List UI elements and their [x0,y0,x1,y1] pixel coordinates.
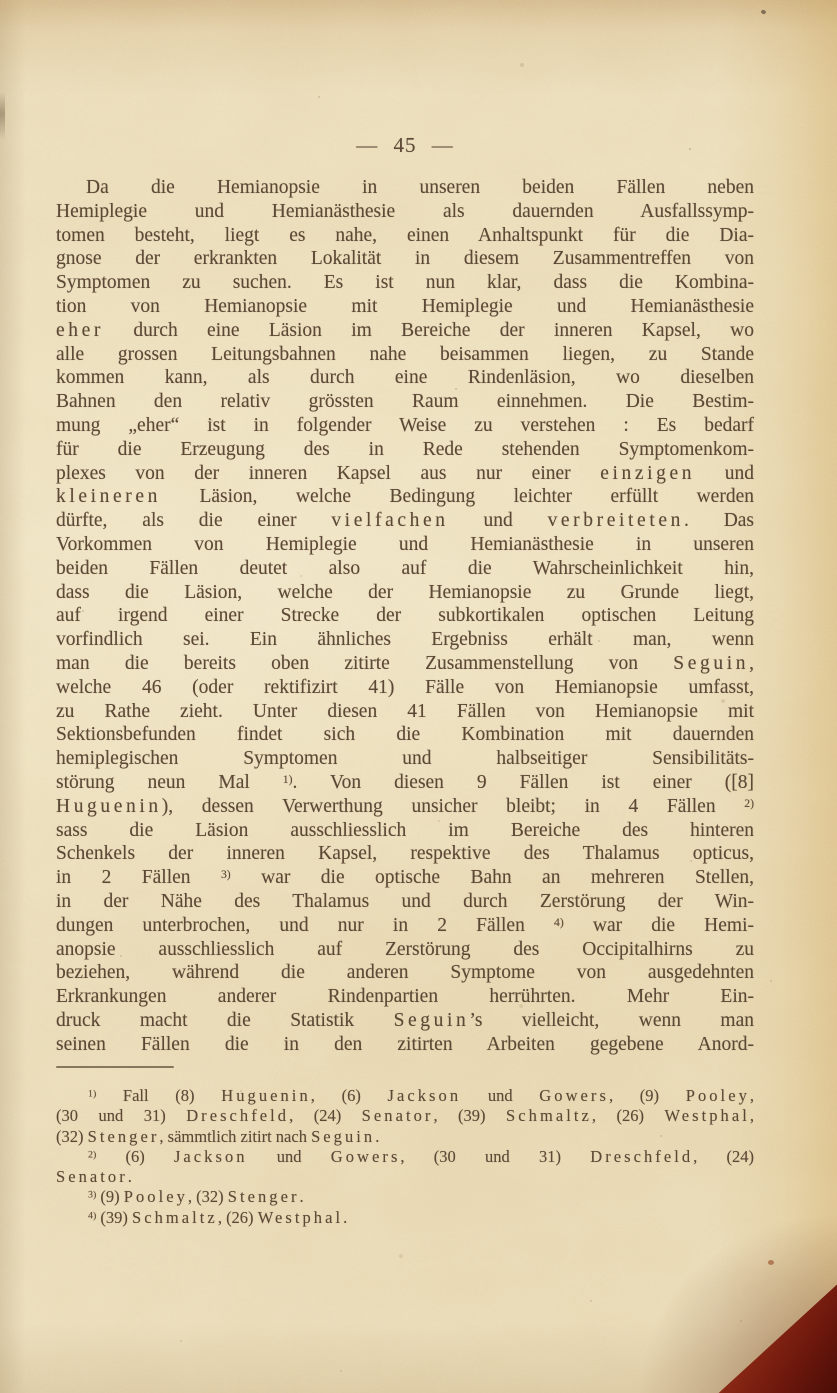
body-line: beiden Fällen deutet also auf die Wahrsc… [56,557,754,581]
body-line: Bahnen den relativ grössten Raum einnehm… [56,390,754,414]
torn-corner-red-backing [715,1275,837,1393]
footnotes: 1) Fall (8) Huguenin, (6) Jackson und Go… [56,1086,754,1228]
body-line: dass die Läsion, welche der Hemianopsie … [56,581,754,605]
footnote-divider [56,1066,174,1068]
body-line: Huguenin), dessen Verwerthung unsicher b… [56,795,754,819]
footnote-line: 3) (9) Pooley, (32) Stenger. [56,1187,754,1207]
body-line: für die Erzeugung des in Rede stehenden … [56,438,754,462]
body-line: Erkrankungen anderer Rindenpartien herrü… [56,985,754,1009]
paper-specks [0,0,2,2]
body-line: man die bereits oben zitirte Zusammenste… [56,652,754,676]
body-line: anopsie ausschliesslich auf Zerstörung d… [56,938,754,962]
left-edge-smudge [0,92,5,140]
body-text: Da die Hemianopsie in unseren beiden Fäl… [56,176,754,1056]
footnote-line: (32) Stenger, sämmtlich zitirt nach Segu… [56,1127,754,1147]
body-line: plexes von der inneren Kapsel aus nur ei… [56,462,754,486]
body-line: alle grossen Leitungsbahnen nahe beisamm… [56,343,754,367]
body-line: tion von Hemianopsie mit Hemiplegie und … [56,295,754,319]
body-line: beziehen, während die anderen Symptome v… [56,961,754,985]
body-line: welche 46 (oder rektifizirt 41) Fälle vo… [56,676,754,700]
body-line: Schenkels der inneren Kapsel, respektive… [56,842,754,866]
footnote-line: 1) Fall (8) Huguenin, (6) Jackson und Go… [56,1086,754,1106]
body-line: in der Nähe des Thalamus und durch Zerst… [56,890,754,914]
body-line: Sektionsbefunden findet sich die Kombina… [56,723,754,747]
corner-shadow [637,1213,837,1393]
footnote-line: Senator. [56,1167,754,1187]
body-line: Symptomen zu suchen. Es ist nun klar, da… [56,271,754,295]
body-line: dürfte, als die einer vielfachen und ver… [56,509,754,533]
footnote-line: (30 und 31) Dreschfeld, (24) Senator, (3… [56,1106,754,1126]
body-line: in 2 Fällen 3) war die optische Bahn an … [56,866,754,890]
body-line: zu Rathe zieht. Unter diesen 41 Fällen v… [56,700,754,724]
body-line: kleineren Läsion, welche Bedingung leich… [56,485,754,509]
body-line: eher durch eine Läsion im Bereiche der i… [56,319,754,343]
body-line: kommen kann, als durch eine Rindenläsion… [56,366,754,390]
page-number: — 45 — [56,133,754,158]
body-line: störung neun Mal 1). Von diesen 9 Fällen… [56,771,754,795]
body-line: seinen Fällen die in den zitirten Arbeit… [56,1033,754,1057]
red-speck-right [768,1260,774,1265]
body-line: tomen besteht, liegt es nahe, einen Anha… [56,224,754,248]
body-line: sass die Läsion ausschliesslich im Berei… [56,819,754,843]
scanned-book-page: — 45 — Da die Hemianopsie in unseren bei… [0,0,837,1393]
body-line: Da die Hemianopsie in unseren beiden Fäl… [56,176,754,200]
footnote-line: 2) (6) Jackson und Gowers, (30 und 31) D… [56,1147,754,1167]
body-line: gnose der erkrankten Lokalität in diesem… [56,247,754,271]
footnote-line: 4) (39) Schmaltz, (26) Westphal. [56,1208,754,1228]
body-line: mung „eher“ ist in folgender Weise zu ve… [56,414,754,438]
body-line: druck macht die Statistik Seguin’s viell… [56,1009,754,1033]
body-line: hemiplegischen Symptomen und halbseitige… [56,747,754,771]
body-line: Hemiplegie und Hemianästhesie als dauern… [56,200,754,224]
body-line: dungen unterbrochen, und nur in 2 Fällen… [56,914,754,938]
body-line: Vorkommen von Hemiplegie und Hemianästhe… [56,533,754,557]
body-line: vorfindlich sei. Ein ähnliches Ergebniss… [56,628,754,652]
body-line: auf irgend einer Strecke der subkortikal… [56,604,754,628]
ink-spot-top-right [760,9,766,14]
